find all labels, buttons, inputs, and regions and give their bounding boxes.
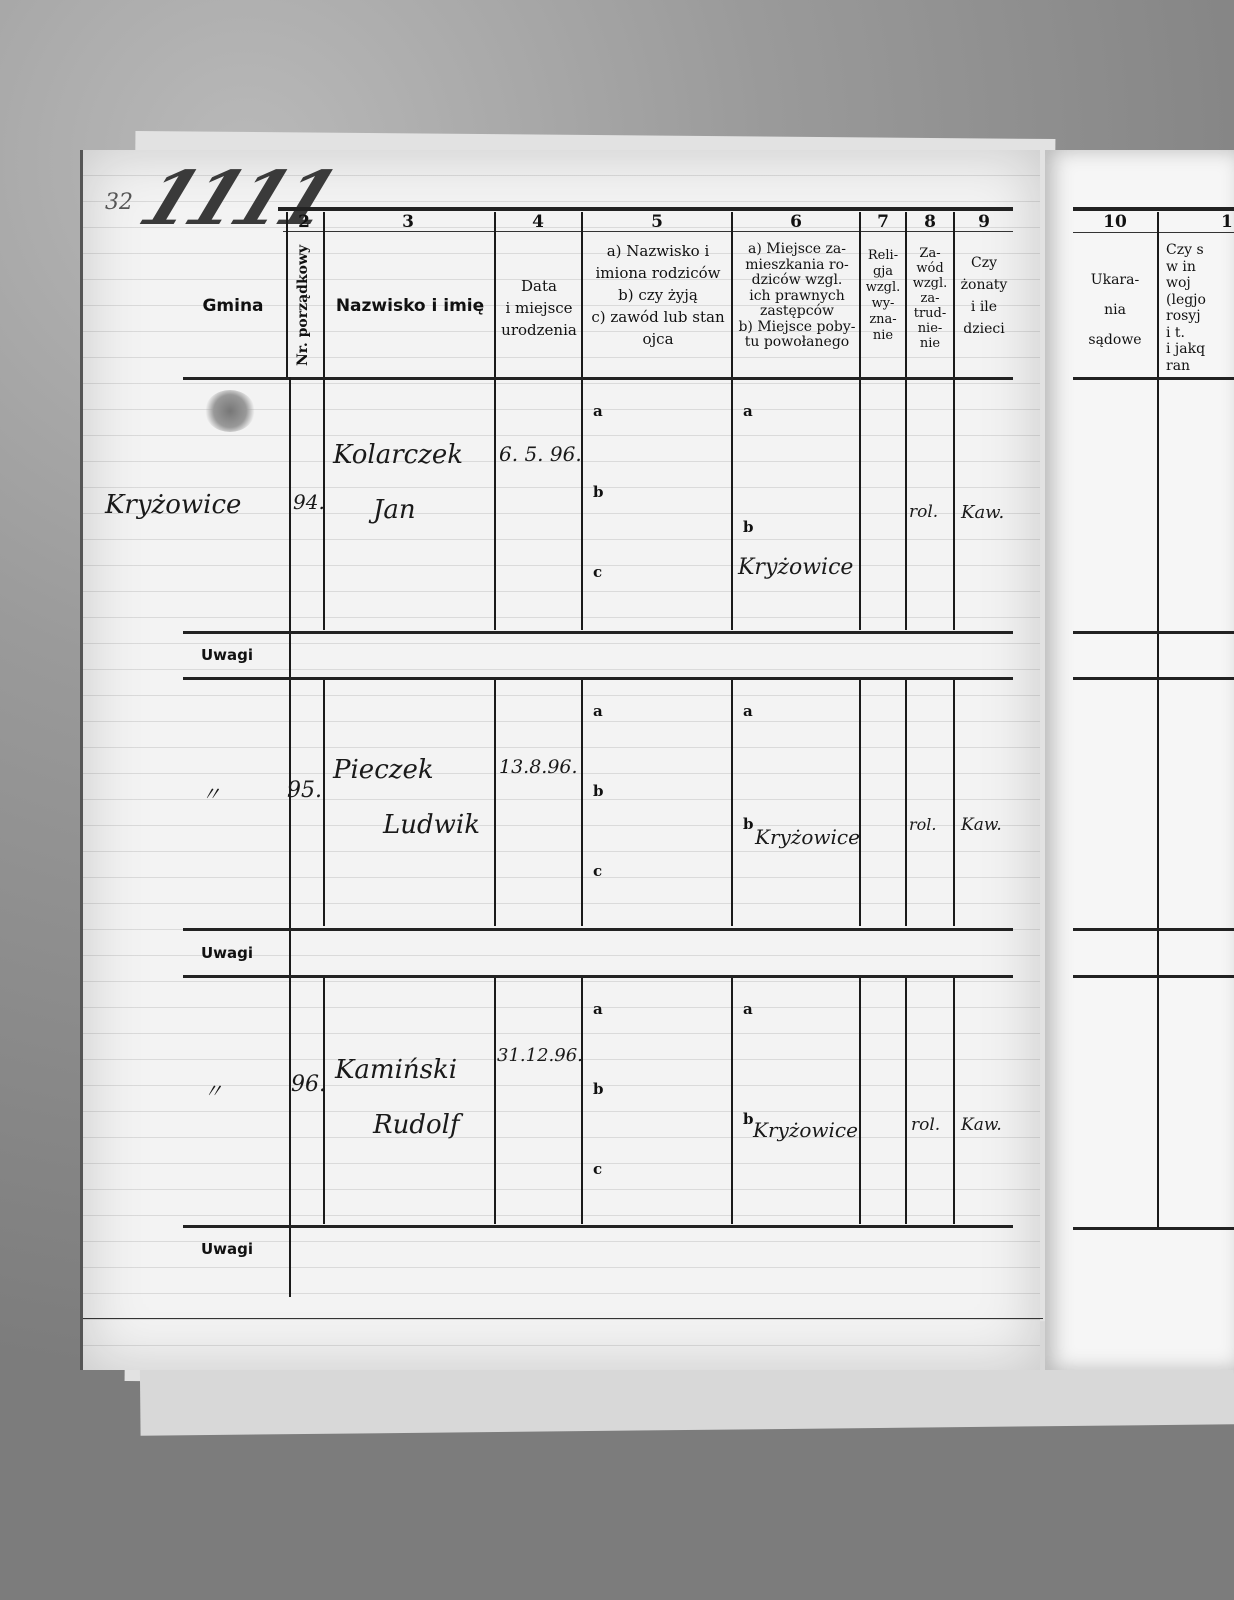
- page-annotation-small: 32: [105, 190, 133, 215]
- uwagi1-bottom-rule: [183, 677, 1013, 680]
- uwagi-label: Uwagi: [201, 944, 253, 962]
- col-divider-5: [731, 212, 733, 377]
- entry-surname: Pieczek: [333, 755, 434, 785]
- column-number-3: 3: [323, 212, 493, 234]
- right-uwagi1-bottom: [1073, 677, 1234, 680]
- entry-occupation: rol.: [909, 815, 936, 834]
- entry1-div-6: [859, 380, 861, 630]
- header-col4-line3: urodzenia: [495, 319, 583, 341]
- header-col5-line2: imiona rodziców: [583, 262, 733, 284]
- entry1-div-7: [905, 380, 907, 630]
- col-divider-6: [859, 212, 861, 377]
- header-zonaty: Czy żonaty i ile dzieci: [955, 252, 1013, 340]
- header-gmina: Gmina: [183, 298, 283, 315]
- header-col5-line3: b) czy żyją: [583, 284, 733, 306]
- entry-gmina: Kryżowice: [105, 490, 241, 520]
- col-divider-2: [323, 212, 325, 377]
- uwagi2-bottom-rule: [183, 975, 1013, 978]
- entry-birth-date: 6. 5. 96.: [499, 442, 582, 466]
- entry-gmina-ditto: 〃: [201, 778, 221, 807]
- column-number-8: 8: [907, 212, 953, 234]
- entry2-div-6: [859, 680, 861, 926]
- ink-stain: [205, 390, 255, 432]
- page-bottom-edge: [83, 1318, 1043, 1319]
- entry-given-name: Ludwik: [383, 810, 480, 840]
- header-top-rule: [278, 207, 1013, 211]
- entry3-div-7: [905, 978, 907, 1224]
- right-uwagi2-bottom: [1073, 975, 1234, 978]
- entry2-bottom-rule: [183, 928, 1013, 931]
- col-divider-1: [286, 212, 288, 377]
- entry2-div-7: [905, 680, 907, 926]
- label-a: a: [743, 1000, 753, 1018]
- register-page-right: 10 1 Ukara- nia sądowe Czy s w in woj (l…: [1045, 150, 1234, 1370]
- label-b: b: [593, 483, 604, 501]
- entry3-div-2: [323, 978, 325, 1224]
- label-c: c: [593, 563, 602, 581]
- label-a: a: [593, 1000, 603, 1018]
- right-entry3-bottom: [1073, 1227, 1234, 1230]
- entry-birth-date: 13.8.96.: [499, 756, 578, 778]
- column-number-9: 9: [955, 212, 1013, 234]
- entry3-div-3: [494, 978, 496, 1224]
- header-nazwisko-imie: Nazwisko i imię: [325, 298, 495, 315]
- entry1-div-4: [581, 380, 583, 630]
- col-divider-8: [953, 212, 955, 377]
- right-entry2-bottom: [1073, 928, 1234, 931]
- entry2-div-2: [323, 680, 325, 926]
- label-a: a: [593, 402, 603, 420]
- entry-nr: 96.: [291, 1072, 326, 1097]
- header-col6-line2: mieszkania ro-: [733, 258, 861, 274]
- column-number-10: 10: [1073, 212, 1157, 234]
- entry1-div-5: [731, 380, 733, 630]
- entry2-div-8: [953, 680, 955, 926]
- header-rodzice: a) Nazwisko i imiona rodziców b) czy żyj…: [583, 240, 733, 350]
- entry1-div-8: [953, 380, 955, 630]
- entry-nr: 94.: [293, 490, 325, 514]
- header-col4-line2: i miejsce: [495, 297, 583, 319]
- right-header-bottom-rule: [1073, 377, 1234, 380]
- header-col6-line3: dziców wzgl.: [733, 273, 861, 289]
- column-number-4: 4: [495, 212, 581, 234]
- entry-given-name: Rudolf: [373, 1110, 460, 1140]
- header-data-urodzenia: Data i miejsce urodzenia: [495, 275, 583, 341]
- label-c: c: [593, 1160, 602, 1178]
- entry-occupation: rol.: [909, 502, 938, 522]
- register-page-left: 32 1111 2 3 4 5 6 7 8 9 Gmina Nr. porząd…: [80, 150, 1040, 1370]
- label-b: b: [743, 815, 754, 833]
- header-col6-line7: tu powołanego: [733, 335, 861, 351]
- entry3-div-4: [581, 978, 583, 1224]
- entry-occupation: rol.: [911, 1115, 940, 1135]
- entry-gmina-ditto: 〃: [203, 1075, 223, 1104]
- label-a: a: [593, 702, 603, 720]
- header-col6-line4: ich prawnych: [733, 289, 861, 305]
- entry-married: Kaw.: [961, 502, 1004, 523]
- label-b: b: [593, 782, 604, 800]
- col-divider-4: [581, 212, 583, 377]
- entry3-div-5: [731, 978, 733, 1224]
- entry-residence-b: Kryżowice: [753, 1118, 858, 1142]
- header-col6-line1: a) Miejsce za-: [733, 242, 861, 258]
- entry2-div-3: [494, 680, 496, 926]
- entry2-div-4: [581, 680, 583, 926]
- col-divider-7: [905, 212, 907, 377]
- entry2-div-5: [731, 680, 733, 926]
- entry-birth-date: 31.12.96.: [497, 1045, 583, 1066]
- entry-married: Kaw.: [961, 1115, 1002, 1135]
- right-col-divider: [1157, 212, 1159, 1227]
- label-a: a: [743, 702, 753, 720]
- right-entry1-bottom: [1073, 631, 1234, 634]
- entry-married: Kaw.: [961, 815, 1002, 835]
- entry-surname: Kolarczek: [333, 440, 463, 470]
- label-a: a: [743, 402, 753, 420]
- header-col5-line4: c) zawód lub stan: [583, 306, 733, 328]
- header-nr-porzadkowy: Nr. porządkowy: [295, 245, 311, 366]
- nr-column-left-rule: [289, 377, 291, 1297]
- header-col6-line6: b) Miejsce poby-: [733, 320, 861, 336]
- entry-surname: Kamiński: [335, 1055, 457, 1085]
- header-miejsce-zamieszkania: a) Miejsce za- mieszkania ro- dziców wzg…: [733, 242, 861, 351]
- label-b: b: [743, 518, 754, 536]
- header-col5-line5: ojca: [583, 328, 733, 350]
- header-ukarania-sadowe: Ukara- nia sądowe: [1073, 265, 1157, 355]
- entry-nr: 95.: [287, 778, 322, 803]
- header-religia: Reli- gja wzgl. wy- zna- nie: [861, 248, 905, 344]
- entry3-div-8: [953, 978, 955, 1224]
- col-divider-3: [494, 212, 496, 377]
- entry3-bottom-rule: [183, 1225, 1013, 1228]
- label-b: b: [743, 1110, 754, 1128]
- header-col4-line1: Data: [495, 275, 583, 297]
- header-col6-line5: zastępców: [733, 304, 861, 320]
- column-number-2: 2: [287, 212, 321, 234]
- label-b: b: [593, 1080, 604, 1098]
- uwagi-label: Uwagi: [201, 1240, 253, 1258]
- entry1-div-3: [494, 380, 496, 630]
- right-header-top-rule: [1073, 207, 1234, 211]
- column-number-5: 5: [583, 212, 731, 234]
- entry3-div-6: [859, 978, 861, 1224]
- entry-residence-b: Kryżowice: [755, 825, 860, 849]
- header-zawod: Za- wód wzgl. za- trud- nie- nie: [907, 246, 953, 351]
- header-sluzba-wojskowa-partial: Czy s w in woj (legjo rosyj i t. i jakq …: [1160, 242, 1234, 374]
- entry1-bottom-rule: [183, 631, 1013, 634]
- entry-residence-b: Kryżowice: [738, 555, 853, 580]
- header-bottom-rule: [183, 377, 1013, 380]
- label-c: c: [593, 862, 602, 880]
- uwagi-label: Uwagi: [201, 646, 253, 664]
- header-col5-line1: a) Nazwisko i: [583, 240, 733, 262]
- column-number-7: 7: [861, 212, 905, 234]
- column-number-11: 1: [1161, 212, 1234, 234]
- column-number-6: 6: [733, 212, 859, 234]
- entry-given-name: Jan: [373, 495, 416, 525]
